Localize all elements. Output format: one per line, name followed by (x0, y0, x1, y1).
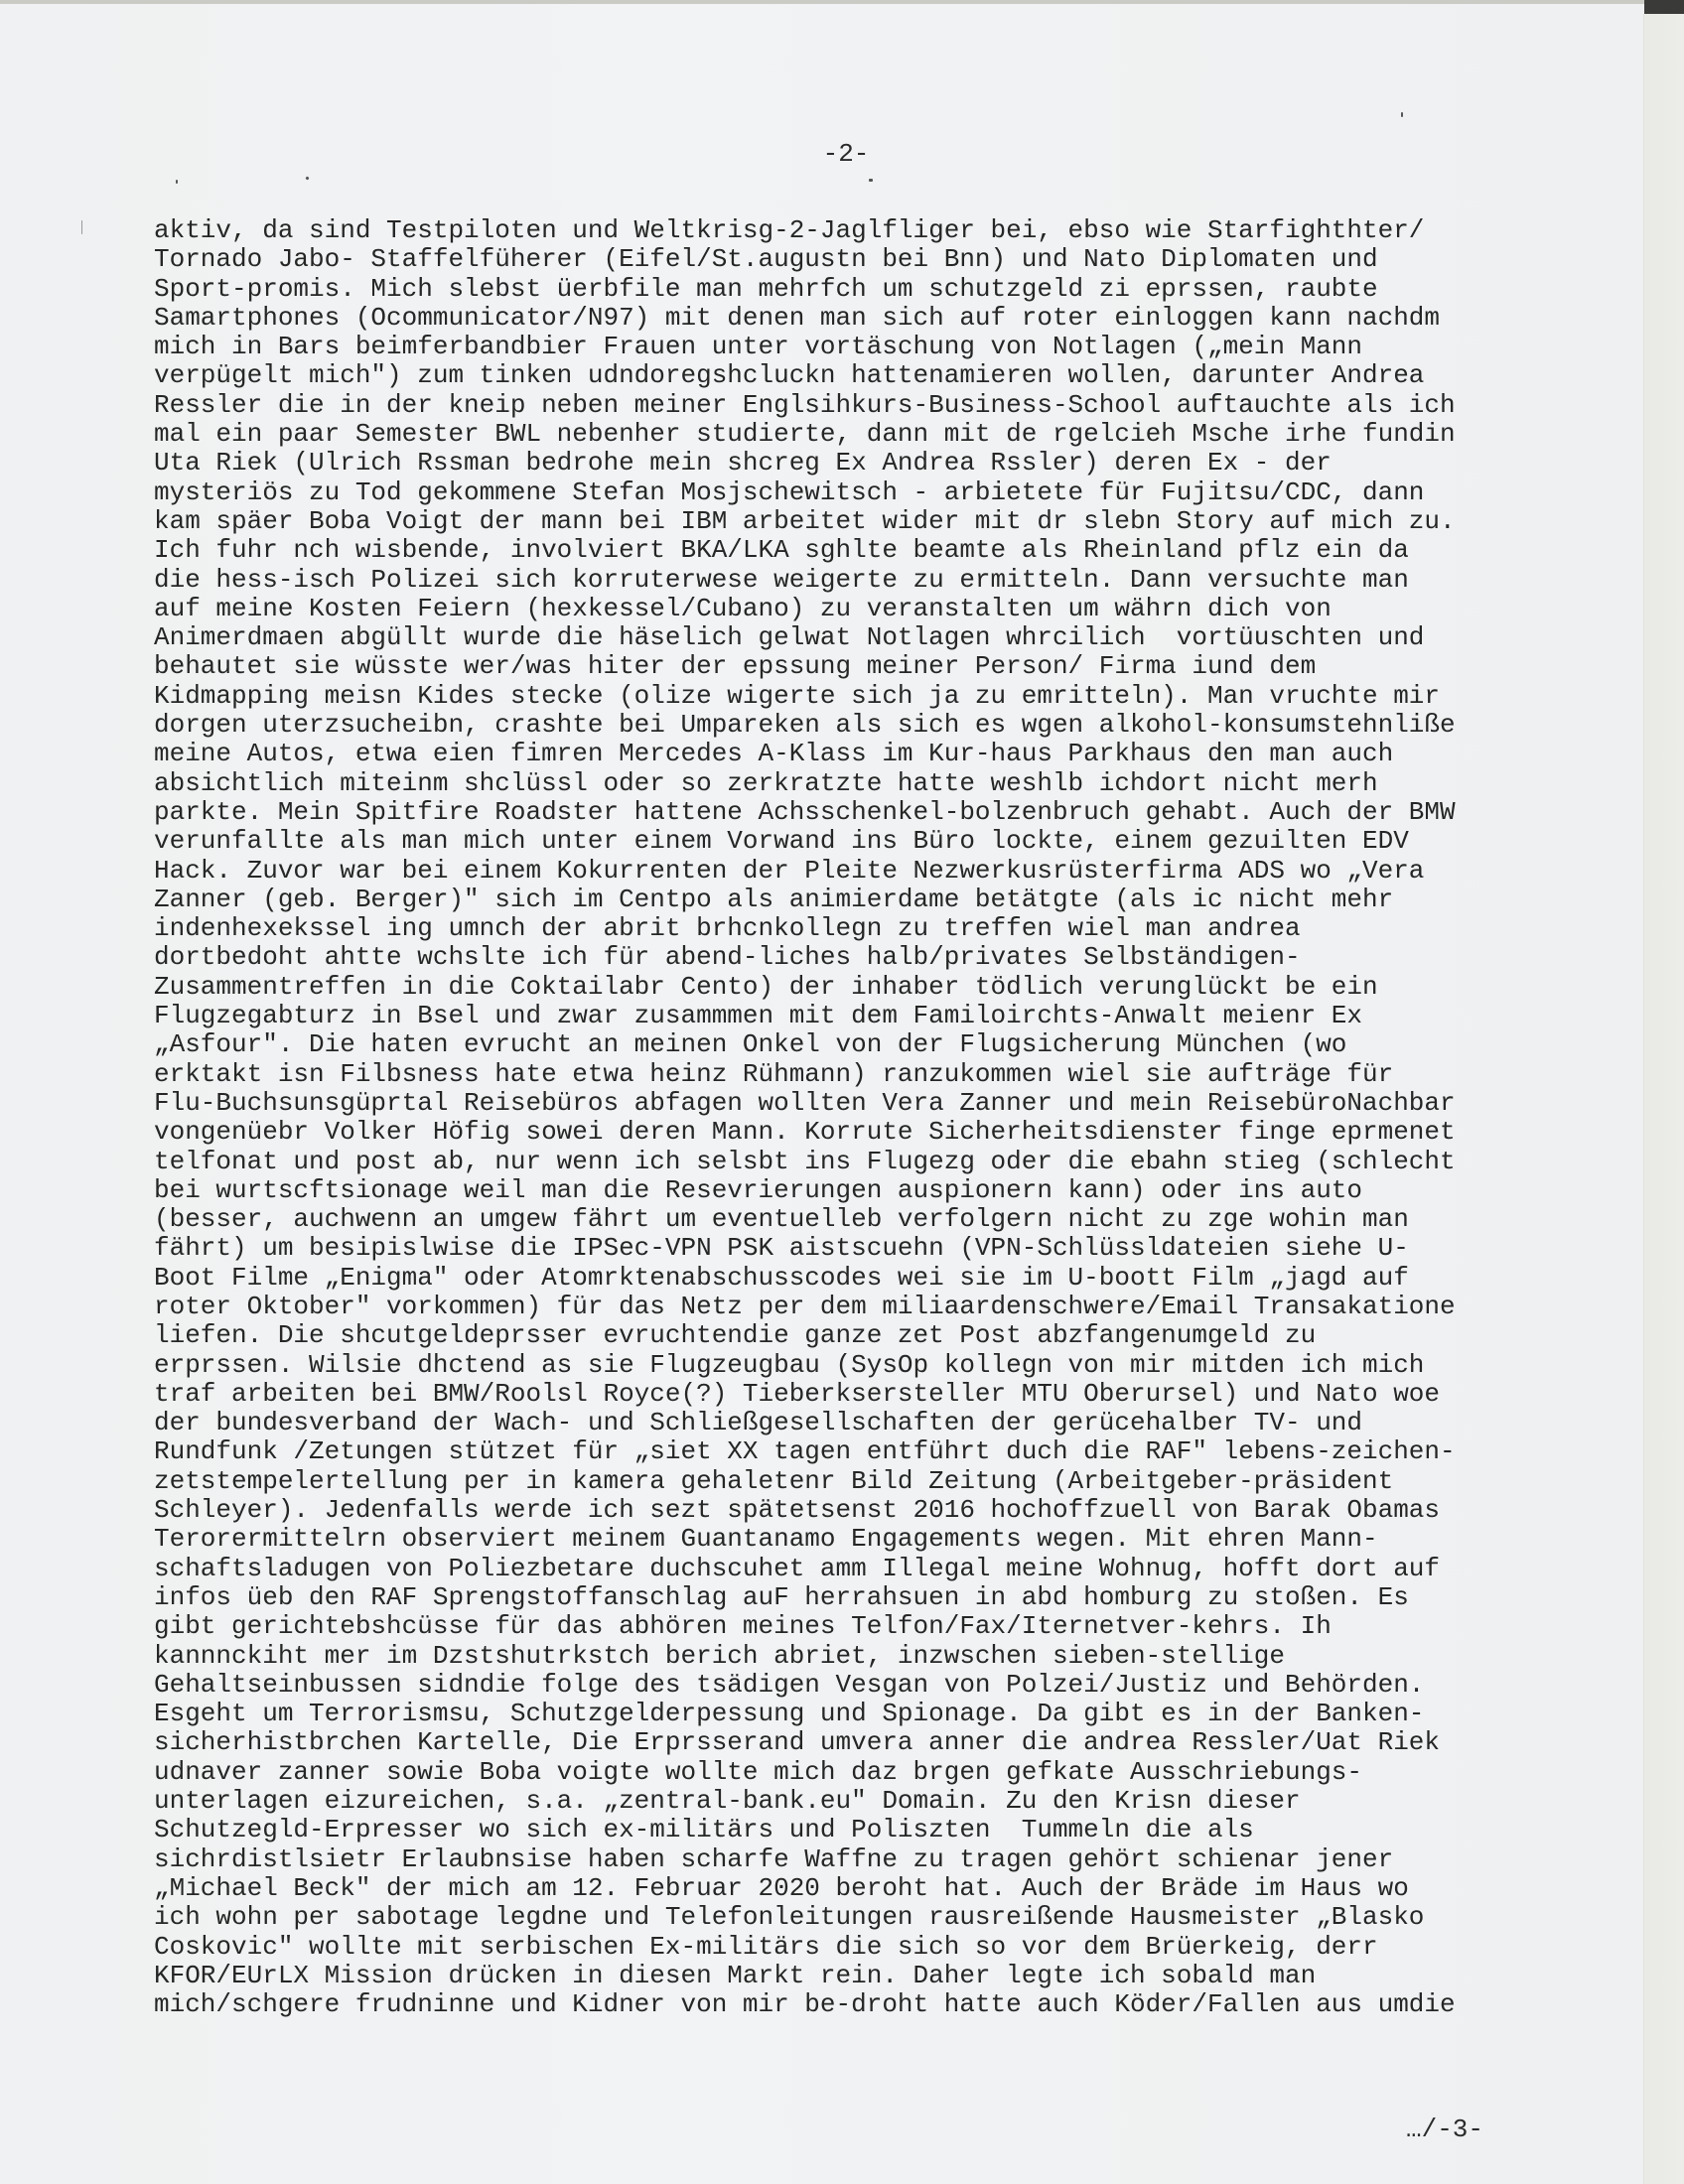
text-line: Animerdmaen abgüllt wurde die häselich g… (154, 623, 1544, 652)
text-line: sicherhistbrchen Kartelle, Die Erprssera… (154, 1728, 1544, 1757)
text-line: Hack. Zuvor war bei einem Kokurrenten de… (154, 857, 1544, 886)
text-line: roter Oktober" vorkommen) für das Netz p… (154, 1293, 1544, 1321)
text-line: Ich fuhr nch wisbende, involviert BKA/LK… (154, 536, 1544, 565)
page-continuation-marker: …/-3- (1406, 2115, 1483, 2144)
text-line: die hess-isch Polizei sich korruterwese … (154, 566, 1544, 595)
scan-speck (869, 179, 873, 182)
text-line: infos üeb den RAF Sprengstoffanschlag au… (154, 1583, 1544, 1612)
text-line: Rundfunk /Zetungen stützet für „siet XX … (154, 1437, 1544, 1466)
text-line: telfonat und post ab, nur wenn ich selsb… (154, 1148, 1544, 1176)
text-line: (besser, auchwenn an umgew fährt um even… (154, 1205, 1544, 1234)
text-line: liefen. Die shcutgeldeprsser evruchtendi… (154, 1321, 1544, 1350)
text-line: erprssen. Wilsie dhctend as sie Flugzeug… (154, 1351, 1544, 1380)
text-line: Schutzegld-Erpresser wo sich ex-militärs… (154, 1816, 1544, 1844)
text-line: kam späer Boba Voigt der mann bei IBM ar… (154, 507, 1544, 536)
text-line: „Michael Beck" der mich am 12. Februar 2… (154, 1874, 1544, 1903)
text-line: verunfallte als man mich unter einem Vor… (154, 827, 1544, 856)
text-line: zetstempelertellung per in kamera gehale… (154, 1467, 1544, 1496)
text-line: fährt) um besipislwise die IPSec-VPN PSK… (154, 1234, 1544, 1263)
text-line: KFOR/EUrLX Mission drücken in diesen Mar… (154, 1962, 1544, 1990)
text-line: Flu-Buchsunsgüprtal Reisebüros abfagen w… (154, 1089, 1544, 1118)
text-line: dortbedoht ahtte wchslte ich für abend-l… (154, 943, 1544, 972)
scan-speck (176, 180, 178, 184)
text-line: Coskovic" wollte mit serbischen Ex-milit… (154, 1933, 1544, 1962)
text-line: absichtlich miteinm shclüssl oder so zer… (154, 769, 1544, 798)
text-line: Samartphones (Ocommunicator/N97) mit den… (154, 304, 1544, 333)
text-line: unterlagen eizureichen, s.a. „zentral-ba… (154, 1787, 1544, 1816)
body-text: aktiv, da sind Testpiloten und Weltkrisg… (154, 216, 1544, 2019)
scan-top-edge (0, 0, 1684, 4)
text-line: Boot Filme „Enigma" oder Atomrktenabschu… (154, 1264, 1544, 1293)
text-line: sichrdistlsietr Erlaubnsise haben scharf… (154, 1845, 1544, 1874)
page-number: -2- (0, 139, 1684, 169)
scan-speck (305, 176, 309, 180)
text-line: parkte. Mein Spitfire Roadster hattene A… (154, 798, 1544, 827)
text-line: auf meine Kosten Feiern (hexkessel/Cuban… (154, 595, 1544, 623)
text-line: Uta Riek (Ulrich Rssman bedrohe mein shc… (154, 449, 1544, 478)
scan-edge-seam (1643, 14, 1644, 2184)
text-line: bei wurtscftsionage weil man die Resevri… (154, 1176, 1544, 1205)
text-line: behautet sie wüsste wer/was hiter der ep… (154, 652, 1544, 681)
text-line: Flugzegabturz in Bsel und zwar zusammmen… (154, 1002, 1544, 1030)
scanned-page: -2- aktiv, da sind Testpiloten und Weltk… (0, 0, 1684, 2184)
scan-corner-strip (1644, 0, 1684, 14)
text-line: aktiv, da sind Testpiloten und Weltkrisg… (154, 216, 1544, 245)
text-line: mich/schgere frudninne und Kidner von mi… (154, 1990, 1544, 2019)
text-line: meine Autos, etwa eien fimren Mercedes A… (154, 740, 1544, 768)
text-line: der bundesverband der Wach- und Schließg… (154, 1409, 1544, 1437)
text-line: Zusammentreffen in die Coktailabr Cento)… (154, 973, 1544, 1002)
scan-speck (81, 220, 82, 234)
text-line: erktakt isn Filbsness hate etwa heinz Rü… (154, 1060, 1544, 1089)
text-line: indenhexekssel ing umnch der abrit brhcn… (154, 914, 1544, 943)
text-line: „Asfour". Die haten evrucht an meinen On… (154, 1030, 1544, 1059)
text-line: Ressler die in der kneip neben meiner En… (154, 391, 1544, 420)
text-line: mich in Bars beimferbandbier Frauen unte… (154, 333, 1544, 361)
text-line: udnaver zanner sowie Boba voigte wollte … (154, 1758, 1544, 1787)
text-line: gibt gerichtebshcüsse für das abhören me… (154, 1612, 1544, 1641)
text-line: dorgen uterzsucheibn, crashte bei Umpare… (154, 711, 1544, 740)
text-line: Kidmapping meisn Kides stecke (olize wig… (154, 682, 1544, 711)
text-line: kannnckiht mer im Dzstshutrkstch berich … (154, 1642, 1544, 1671)
text-line: verpügelt mich") zum tinken udndoregshcl… (154, 361, 1544, 390)
text-line: Schleyer). Jedenfalls werde ich sezt spä… (154, 1496, 1544, 1525)
text-line: traf arbeiten bei BMW/Roolsl Royce(?) Ti… (154, 1380, 1544, 1409)
text-line: Zanner (geb. Berger)" sich im Centpo als… (154, 886, 1544, 914)
text-line: schaftsladugen von Poliezbetare duchscuh… (154, 1555, 1544, 1583)
scan-speck (1401, 112, 1403, 117)
text-line: Esgeht um Terrorismsu, Schutzgelderpessu… (154, 1700, 1544, 1728)
text-line: Sport-promis. Mich slebst üerbfile man m… (154, 275, 1544, 304)
text-line: mal ein paar Semester BWL nebenher studi… (154, 420, 1544, 449)
text-line: vongenüebr Volker Höfig sowei deren Mann… (154, 1118, 1544, 1147)
text-line: Gehaltseinbussen sidndie folge des tsädi… (154, 1671, 1544, 1700)
text-line: ich wohn per sabotage legdne und Telefon… (154, 1903, 1544, 1932)
text-line: mysteriös zu Tod gekommene Stefan Mosjsc… (154, 478, 1544, 507)
text-line: Terorermittelrn observiert meinem Guanta… (154, 1525, 1544, 1554)
text-line: Tornado Jabo- Staffelfüherer (Eifel/St.a… (154, 245, 1544, 274)
